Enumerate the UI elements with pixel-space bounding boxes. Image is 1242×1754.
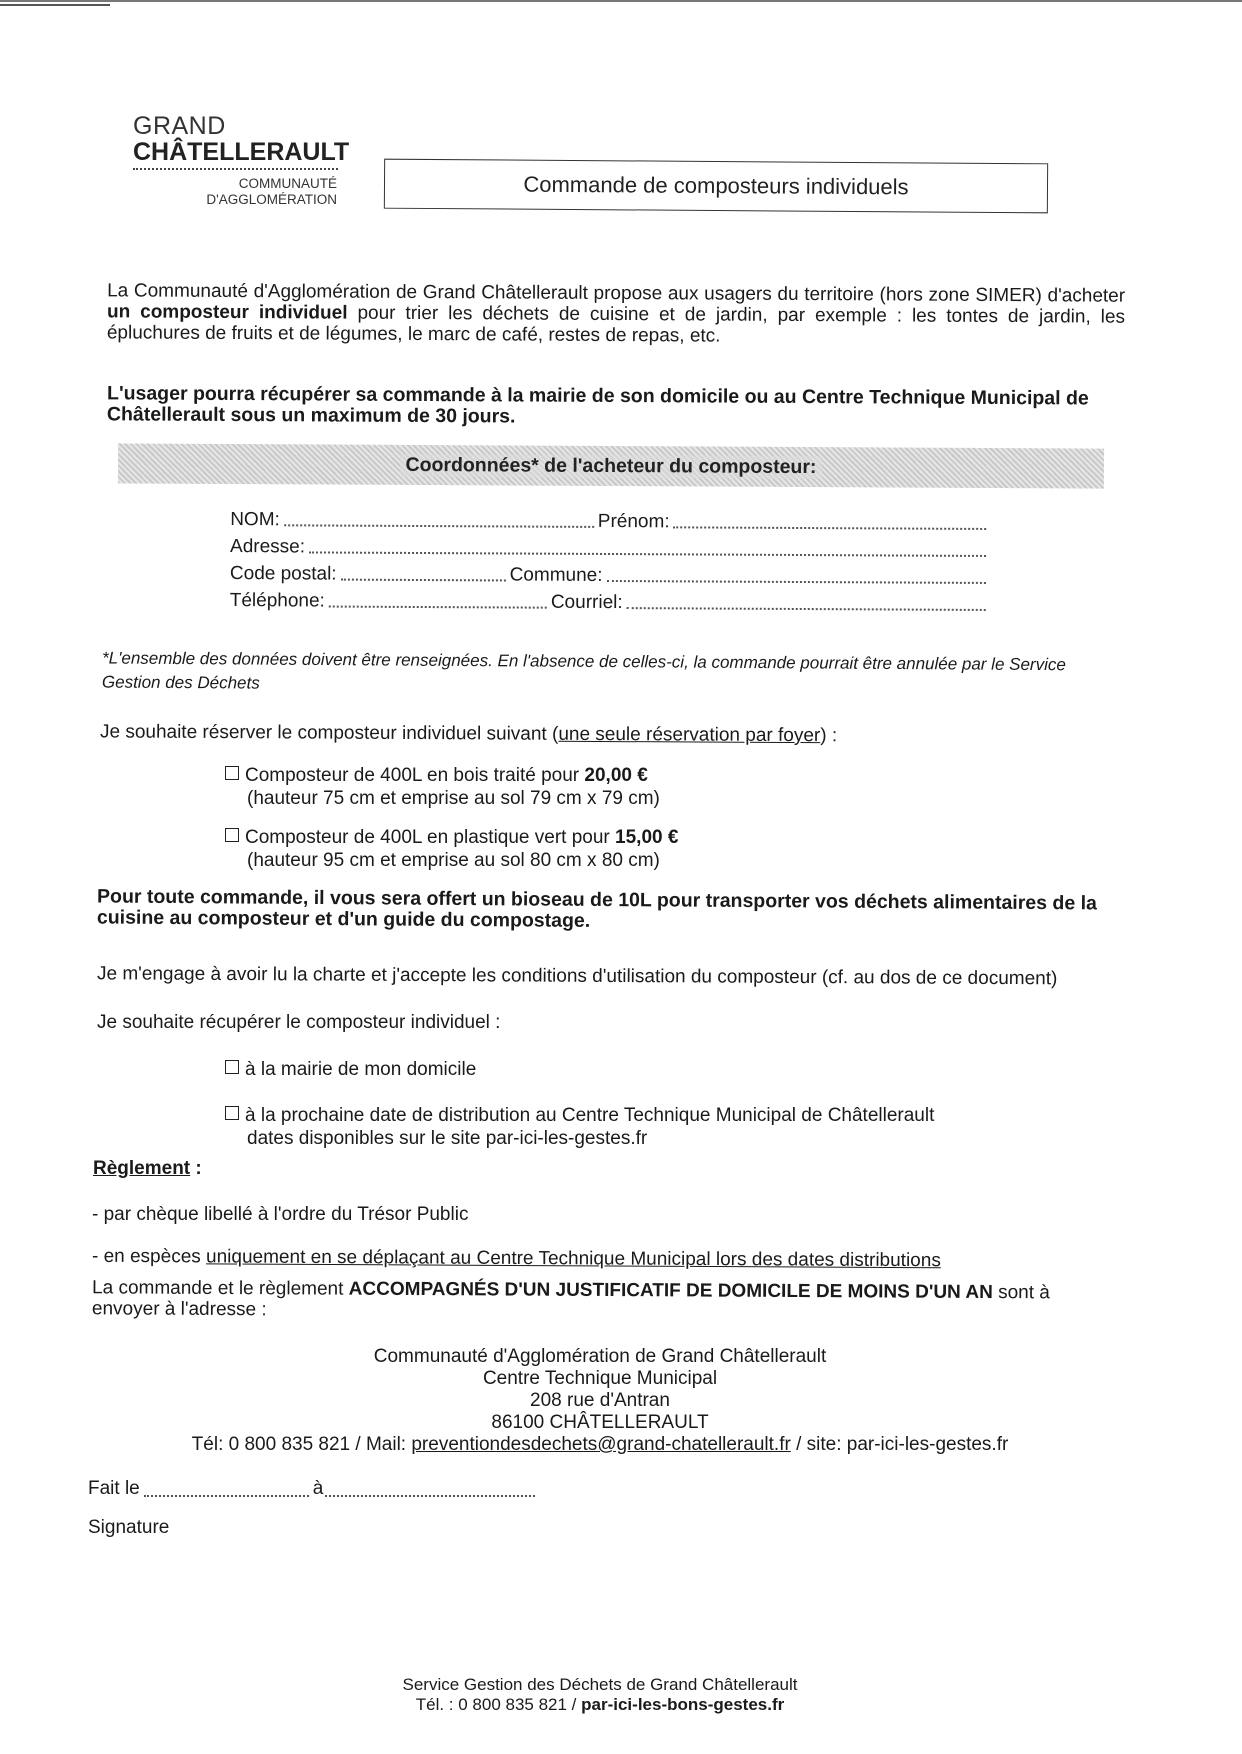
telephone-field[interactable] bbox=[329, 588, 547, 609]
payment-cash: - en espèces uniquement en se déplaçant … bbox=[92, 1246, 941, 1271]
signature-label: Signature bbox=[88, 1517, 169, 1538]
address-line-2: Centre Technique Municipal bbox=[150, 1368, 1050, 1390]
option-label: Composteur de 400L en plastique vert pou… bbox=[245, 827, 615, 848]
contact-email-link[interactable]: preventiondesdechets@grand-chatellerault… bbox=[411, 1434, 790, 1455]
option-details: (hauteur 95 cm et emprise au sol 80 cm x… bbox=[225, 849, 678, 872]
gift-note: Pour toute commande, il vous sera offert… bbox=[97, 886, 1117, 935]
contact-tel: Tél: 0 800 835 821 / Mail: bbox=[192, 1434, 412, 1455]
adresse-field[interactable] bbox=[309, 533, 986, 557]
checkbox-pickup-mairie[interactable] bbox=[225, 1060, 239, 1074]
document-title-box: Commande de composteurs individuels bbox=[384, 159, 1048, 214]
form-row-name: NOM: Prénom: bbox=[230, 506, 990, 537]
reserve-end: ) : bbox=[820, 725, 837, 746]
nom-field[interactable] bbox=[284, 506, 594, 528]
footnote: *L'ensemble des données doivent être ren… bbox=[102, 646, 1112, 701]
commune-label: Commune: bbox=[510, 561, 603, 588]
option-plastic-composter: Composteur de 400L en plastique vert pou… bbox=[225, 826, 678, 872]
payment-cheque: - par chèque libellé à l'ordre du Trésor… bbox=[92, 1204, 468, 1225]
form-row-city: Code postal: Commune: bbox=[230, 560, 990, 591]
buyer-form: NOM: Prénom: Adresse: Code postal: Commu… bbox=[230, 506, 991, 618]
footer-line-1: Service Gestion des Déchets de Grand Châ… bbox=[300, 1675, 900, 1695]
section-title: Coordonnées* de l'acheteur du composteur… bbox=[399, 453, 822, 478]
courriel-label: Courriel: bbox=[551, 589, 623, 616]
reserve-underlined: une seule réservation par foyer bbox=[558, 724, 820, 746]
engagement-text: Je m'engage à avoir lu la charte et j'ac… bbox=[97, 963, 1137, 989]
contact-site: / site: par-ici-les-gestes.fr bbox=[791, 1434, 1009, 1455]
section-header-buyer: Coordonnées* de l'acheteur du composteur… bbox=[118, 443, 1104, 488]
send-text-1: La commande et le règlement bbox=[92, 1277, 349, 1299]
pickup-label: à la prochaine date de distribution au C… bbox=[245, 1105, 934, 1126]
page-footer: Service Gestion des Déchets de Grand Châ… bbox=[300, 1675, 900, 1715]
intro-paragraph: La Communauté d'Agglomération de Grand C… bbox=[107, 280, 1125, 348]
reglement-title-text: Règlement bbox=[93, 1158, 190, 1179]
code-postal-field[interactable] bbox=[341, 561, 506, 582]
scan-edge bbox=[0, 0, 1242, 6]
checkbox-pickup-ctm[interactable] bbox=[225, 1106, 239, 1120]
mailing-address: Communauté d'Agglomération de Grand Chât… bbox=[150, 1346, 1050, 1456]
address-line-4: 86100 CHÂTELLERAULT bbox=[150, 1412, 1050, 1434]
commune-field[interactable] bbox=[607, 562, 986, 584]
reserve-text: Je souhaite réserver le composteur indiv… bbox=[100, 721, 558, 744]
logo-line-1: GRAND bbox=[133, 113, 343, 139]
checkbox-wood-composter[interactable] bbox=[225, 766, 239, 780]
intro-bold: un composteur individuel bbox=[107, 301, 348, 323]
option-price: 20,00 € bbox=[584, 765, 647, 786]
code-postal-label: Code postal: bbox=[230, 560, 337, 588]
adresse-label: Adresse: bbox=[230, 533, 305, 560]
pickup-question: Je souhaite récupérer le composteur indi… bbox=[97, 1012, 697, 1033]
cash-prefix: - en espèces bbox=[92, 1246, 206, 1268]
send-instruction: La commande et le règlement ACCOMPAGNÉS … bbox=[92, 1277, 1122, 1324]
form-row-address: Adresse: bbox=[230, 533, 990, 564]
logo-line-4: D'AGGLOMÉRATION bbox=[133, 192, 337, 208]
pickup-option-mairie: à la mairie de mon domicile bbox=[225, 1058, 476, 1081]
telephone-label: Téléphone: bbox=[230, 587, 325, 614]
footer-site: par-ici-les-bons-gestes.fr bbox=[581, 1695, 784, 1714]
footer-line-2: Tél. : 0 800 835 821 / par-ici-les-bons-… bbox=[300, 1695, 900, 1715]
option-details: (hauteur 75 cm et emprise au sol 79 cm x… bbox=[225, 787, 660, 810]
logo-line-2: CHÂTELLERAULT bbox=[133, 139, 343, 165]
reserve-instruction: Je souhaite réserver le composteur indiv… bbox=[100, 721, 1100, 747]
signature-place-date: Fait le à bbox=[88, 1478, 588, 1499]
option-label: Composteur de 400L en bois traité pour bbox=[245, 765, 584, 786]
form-row-contact: Téléphone: Courriel: bbox=[230, 587, 990, 618]
option-price: 15,00 € bbox=[615, 827, 678, 848]
logo: GRAND CHÂTELLERAULT COMMUNAUTÉ D'AGGLOMÉ… bbox=[133, 113, 343, 208]
address-contact: Tél: 0 800 835 821 / Mail: preventiondes… bbox=[150, 1434, 1050, 1456]
logo-rule bbox=[133, 168, 338, 172]
courriel-field[interactable] bbox=[627, 589, 986, 611]
address-line-1: Communauté d'Agglomération de Grand Chât… bbox=[150, 1346, 1050, 1368]
address-line-3: 208 rue d'Antran bbox=[150, 1390, 1050, 1412]
reglement-colon: : bbox=[190, 1158, 202, 1179]
send-bold: ACCOMPAGNÉS D'UN JUSTIFICATIF DE DOMICIL… bbox=[349, 1279, 993, 1303]
option-wood-composter: Composteur de 400L en bois traité pour 2… bbox=[225, 764, 660, 810]
logo-line-3: COMMUNAUTÉ bbox=[133, 176, 337, 192]
cash-condition: uniquement en se déplaçant au Centre Tec… bbox=[206, 1246, 941, 1271]
document-title: Commande de composteurs individuels bbox=[523, 172, 908, 201]
fait-le-label: Fait le bbox=[88, 1478, 140, 1499]
prenom-label: Prénom: bbox=[598, 508, 670, 535]
date-field[interactable] bbox=[144, 1478, 309, 1497]
pickup-sub: dates disponibles sur le site par-ici-le… bbox=[225, 1127, 934, 1150]
pickup-label: à la mairie de mon domicile bbox=[245, 1059, 476, 1080]
footer-tel: Tél. : 0 800 835 821 / bbox=[416, 1695, 581, 1714]
pickup-note: L'usager pourra récupérer sa commande à … bbox=[107, 383, 1127, 430]
scan-mark bbox=[0, 4, 110, 6]
reglement-title: Règlement : bbox=[93, 1158, 202, 1179]
prenom-field[interactable] bbox=[674, 508, 987, 530]
a-label: à bbox=[313, 1478, 324, 1499]
pickup-option-ctm: à la prochaine date de distribution au C… bbox=[225, 1104, 934, 1150]
document-page: GRAND CHÂTELLERAULT COMMUNAUTÉ D'AGGLOMÉ… bbox=[0, 0, 1242, 1754]
place-field[interactable] bbox=[325, 1478, 535, 1497]
nom-label: NOM: bbox=[230, 506, 280, 533]
checkbox-plastic-composter[interactable] bbox=[225, 828, 239, 842]
